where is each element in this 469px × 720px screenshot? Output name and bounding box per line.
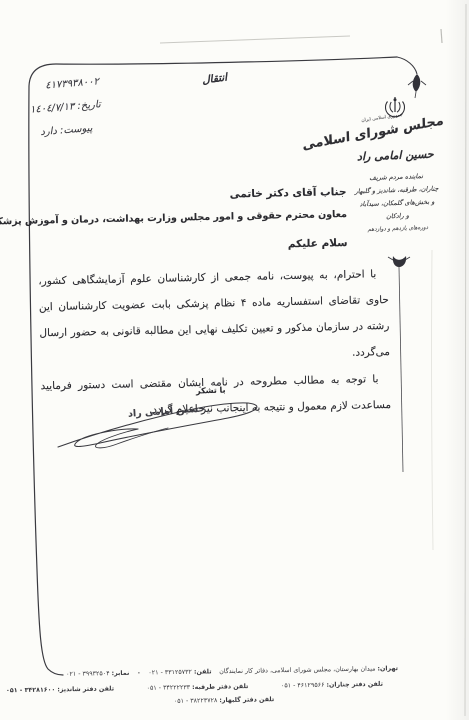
handwritten-note: انتقال xyxy=(201,72,227,87)
footer-torqabeh: تلفن دفتر طرقبه: ۳۴۲۲۲۲۳۳ - ۰۵۱ xyxy=(147,683,249,692)
footer-fax: نمابر: ۳۹۹۳۲۵۰۴ - ۰۲۱ xyxy=(66,670,129,678)
footer-line-1: تهران: میدان بهارستان، مجلس شورای اسلامی… xyxy=(66,665,398,678)
tulip-ornament-icon xyxy=(397,57,426,98)
footer-separator: ۰ xyxy=(137,670,141,677)
divider-rule xyxy=(399,267,403,472)
scan-artifact-tick xyxy=(441,29,442,43)
paper-fold-line xyxy=(432,250,433,550)
addressee-block: جناب آقای دکتر خاتمی معاون محترم حقوقی و… xyxy=(0,186,347,257)
footer-shandiz: تلفن دفتر شاندیز: ۳۴۲۸۱۶۰۰ - ۰۵۱ xyxy=(6,685,114,694)
ref-block: ٤١٧٣٩٣٨٠٠٢ تاریخ: ١٤٠٤/٧/١٣ پیوست: دارد xyxy=(27,70,103,144)
scan-artifact-line xyxy=(160,36,350,43)
body-paragraph-1: با احترام، به پیوست، نامه جمعی از کارشنا… xyxy=(38,261,390,372)
body-paragraph-2: با توجه به مطالب مطروحه در نامه ایشان مق… xyxy=(40,366,391,425)
closing-phrase: با تشکر xyxy=(196,385,226,395)
scan-edge-shading xyxy=(445,0,469,720)
salutation: سلام علیکم xyxy=(0,237,347,257)
ref-attachment: پیوست: دارد xyxy=(31,116,103,144)
letterhead: جمهوری اسلامی ایران مجلس شورای اسلامی حس… xyxy=(344,112,448,236)
letterhead-terms: دوره‌های یازدهم و دوازدهم xyxy=(348,221,448,236)
recipient-title: معاون محترم حقوقی و امور مجلس وزارت بهدا… xyxy=(0,209,347,228)
divider-ornament-icon xyxy=(388,256,410,267)
recipient-name: جناب آقای دکتر خاتمی xyxy=(0,186,346,206)
footer-line-3: تلفن دفتر گلبهار: ۳۸۲۲۳۷۲۸ - ۰۵۱ xyxy=(158,696,290,705)
footer-golbahar: تلفن دفتر گلبهار: ۳۸۲۲۳۷۲۸ - ۰۵۱ xyxy=(174,696,274,705)
footer-chenaran: تلفن دفتر چناران: ۴۶۱۲۹۵۶۶ - ۰۵۱ xyxy=(281,681,383,690)
footer-line-2: تلفن دفتر چناران: ۴۶۱۲۹۵۶۶ - ۰۵۱ تلفن دف… xyxy=(6,681,383,695)
footer-address: تهران: میدان بهارستان، مجلس شورای اسلامی… xyxy=(219,665,398,675)
scanned-letter-page: ٤١٧٣٩٣٨٠٠٢ تاریخ: ١٤٠٤/٧/١٣ پیوست: دارد … xyxy=(0,0,469,720)
letter-body: با احترام، به پیوست، نامه جمعی از کارشنا… xyxy=(38,261,391,425)
letterhead-member-name: حسین امامی راد xyxy=(345,147,445,163)
footer-phone: تلفن: ۳۳۱۲۵۷۳۲ - ۰۲۱ xyxy=(148,668,211,676)
